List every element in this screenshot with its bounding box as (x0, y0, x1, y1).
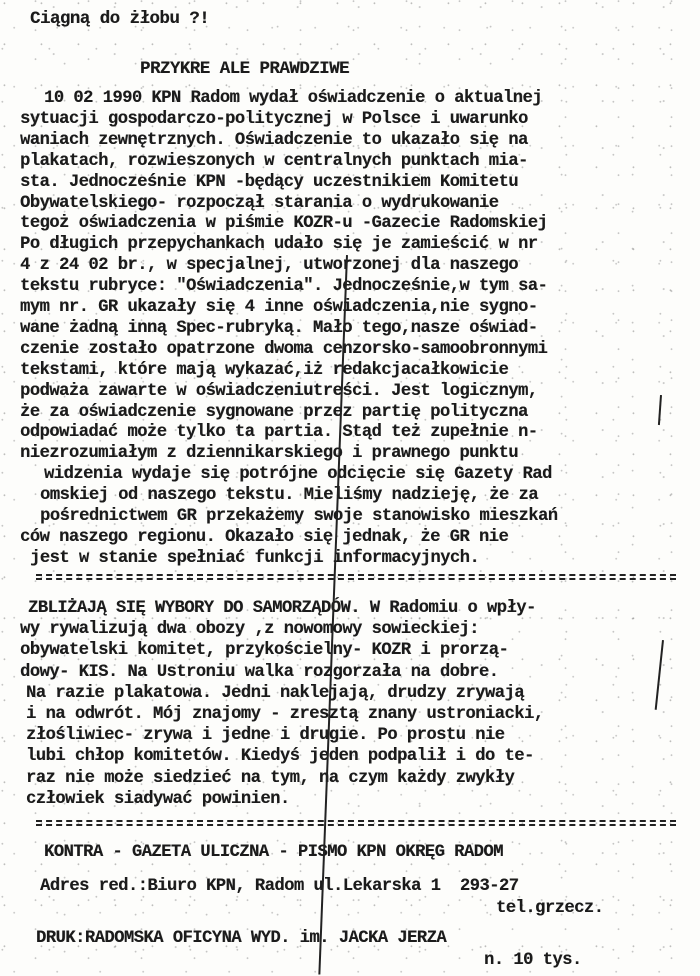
article-line: tekstu rubryce: "Oświadczenia". Jednocze… (20, 276, 547, 298)
typewritten-leaflet: Ciągną do żłobu ?! PRZYKRE ALE PRAWDZIWE… (0, 0, 700, 976)
article-line: że za oświadczenie sygnowane przez parti… (20, 402, 528, 424)
article-line: pośrednictwem GR przekażemy swoje stanow… (40, 506, 558, 528)
article-line: plakatach, rozwieszonych w centralnych p… (20, 151, 528, 173)
pen-stroke (658, 395, 662, 425)
article-line: waniach zewnętrznych. Oświadczenie to uk… (20, 130, 528, 152)
document-heading: Ciągną do żłobu ?! (30, 8, 209, 30)
article-line: sta. Jednocześnie KPN -będący uczestniki… (20, 172, 518, 194)
article-line: omskiej od naszego tekstu. Mieliśmy nadz… (40, 485, 538, 507)
article-line: ców naszego regionu. Okazało się jednak,… (20, 527, 508, 549)
article-line: 10 02 1990 KPN Radom wydał oświadczenie … (44, 88, 542, 110)
article-line: Obywatelskiego- rozpoczął starania o wyd… (20, 193, 498, 215)
article-line: wane żadną inną Spec-rubryką. Mało tego,… (20, 318, 538, 340)
article-line: człowiek siadywać powinien. (26, 789, 290, 811)
article-line: ZBLIŻAJĄ SIĘ WYBORY DO SAMORZĄDÓW. W Rad… (28, 598, 536, 620)
article-line: obywatelski komitet, przykościelny- KOZR… (20, 640, 508, 662)
article-line: złośliwiec- zrywa i jedne i drugie. Po p… (26, 725, 504, 747)
article-line: podważa zawarte w oświadczeniutreści. Je… (20, 381, 538, 403)
article-line: Po długich przepychankach udało się je z… (20, 234, 538, 256)
article-line: Na razie plakatowa. Jedni naklejają, dru… (26, 683, 524, 705)
circulation: n. 10 tys. (484, 950, 582, 972)
separator-line (36, 820, 676, 826)
article-line: wy rywalizują dwa obozy ,z nowomowy sowi… (20, 619, 479, 641)
article-line: jest w stanie spełniać funkcji informacy… (30, 548, 479, 570)
article-line: tegoż oświadczenia w piśmie KOZR-u -Gaze… (20, 213, 547, 235)
article-line: niezrozumiałym z dziennikarskiego i praw… (20, 443, 518, 465)
article-line: czenie zostało opatrzone dwoma cenzorsko… (20, 339, 547, 361)
masthead: KONTRA - GAZETA ULICZNA - PISMO KPN OKRĘ… (44, 842, 503, 864)
pen-stroke (655, 640, 664, 710)
article-line: widzenia wydaje się potrójne odcięcie si… (44, 464, 552, 486)
article-title: PRZYKRE ALE PRAWDZIWE (140, 58, 349, 80)
article-line: mym nr. GR ukazały się 4 inne oświadczen… (20, 297, 538, 319)
article-line: lubi chłop komitetów. Kiedyś jeden podpa… (26, 746, 534, 768)
editorial-address: Adres red.:Biuro KPN, Radom ul.Lekarska … (40, 876, 518, 898)
article-line: dowy- KIS. Na Ustroniu walka rozgorzała … (20, 662, 498, 684)
article-line: i na odwrót. Mój znajomy - zresztą znany… (26, 704, 544, 726)
article-line: tekstami, które mają wykazać,iż redakcja… (20, 360, 508, 382)
article-line: sytuacji gospodarczo-politycznej w Polsc… (20, 109, 528, 131)
article-line: odpowiadać może tylko ta partia. Stąd te… (20, 422, 538, 444)
phone-label: tel.grzecz. (496, 898, 603, 920)
separator-line (36, 574, 676, 580)
printer-credit: DRUK:RADOMSKA OFICYNA WYD. im. JACKA JER… (36, 928, 446, 950)
article-line: 4 z 24 02 br., w specjalnej, utworzonej … (20, 255, 518, 277)
article-line: raz nie może siedzieć na tym, na czym ka… (26, 768, 514, 790)
